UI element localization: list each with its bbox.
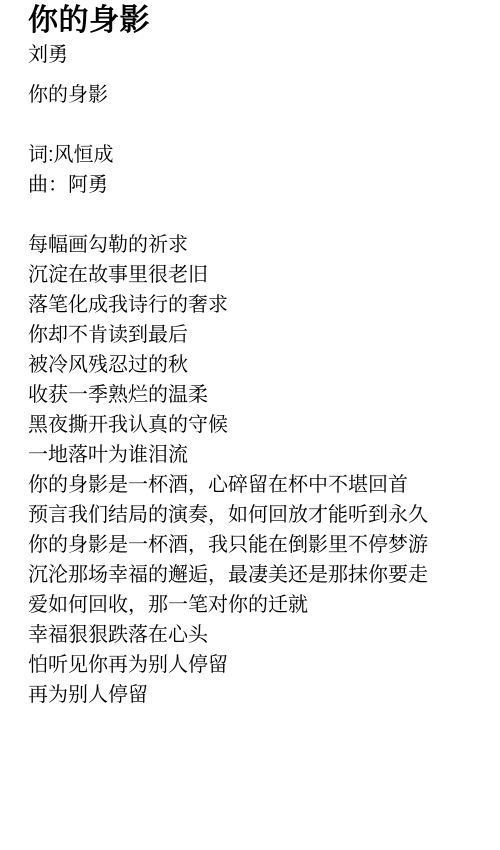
lyric-line: 沉淀在故事里很老旧 [28,260,482,290]
lyric-line: 再为别人停留 [28,680,482,710]
lyric-line: 你的身影是一杯酒，心碎留在杯中不堪回首 [28,470,482,500]
lyric-line: 落笔化成我诗行的奢求 [28,290,482,320]
lyric-line: 你却不肯读到最后 [28,320,482,350]
lyrics-page: 你的身影 刘勇 你的身影 词:风恒成曲：阿勇 每幅画勾勒的祈求沉淀在故事里很老旧… [0,0,500,710]
lyric-line: 预言我们结局的演奏，如何回放才能听到永久 [28,500,482,530]
lyric-line: 你的身影是一杯酒，我只能在倒影里不停梦游 [28,530,482,560]
credits-block: 词:风恒成曲：阿勇 [28,140,482,200]
lyric-line: 一地落叶为谁泪流 [28,440,482,470]
lyric-line: 每幅画勾勒的祈求 [28,230,482,260]
page-title: 你的身影 [28,2,482,40]
credit-line: 曲：阿勇 [28,170,482,200]
lyric-line: 被冷风残忍过的秋 [28,350,482,380]
lyric-line: 幸福狠狠跌落在心头 [28,620,482,650]
lyric-line: 沉沦那场幸福的邂逅，最凄美还是那抹你要走 [28,560,482,590]
artist-name: 刘勇 [28,40,482,70]
lyric-line: 怕听见你再为别人停留 [28,650,482,680]
credit-line: 词:风恒成 [28,140,482,170]
lyric-line: 黑夜撕开我认真的守候 [28,410,482,440]
lyric-line: 爱如何回收，那一笔对你的迁就 [28,590,482,620]
song-title: 你的身影 [28,80,482,110]
lyrics-block: 每幅画勾勒的祈求沉淀在故事里很老旧落笔化成我诗行的奢求你却不肯读到最后被冷风残忍… [28,230,482,710]
lyric-line: 收获一季熟烂的温柔 [28,380,482,410]
